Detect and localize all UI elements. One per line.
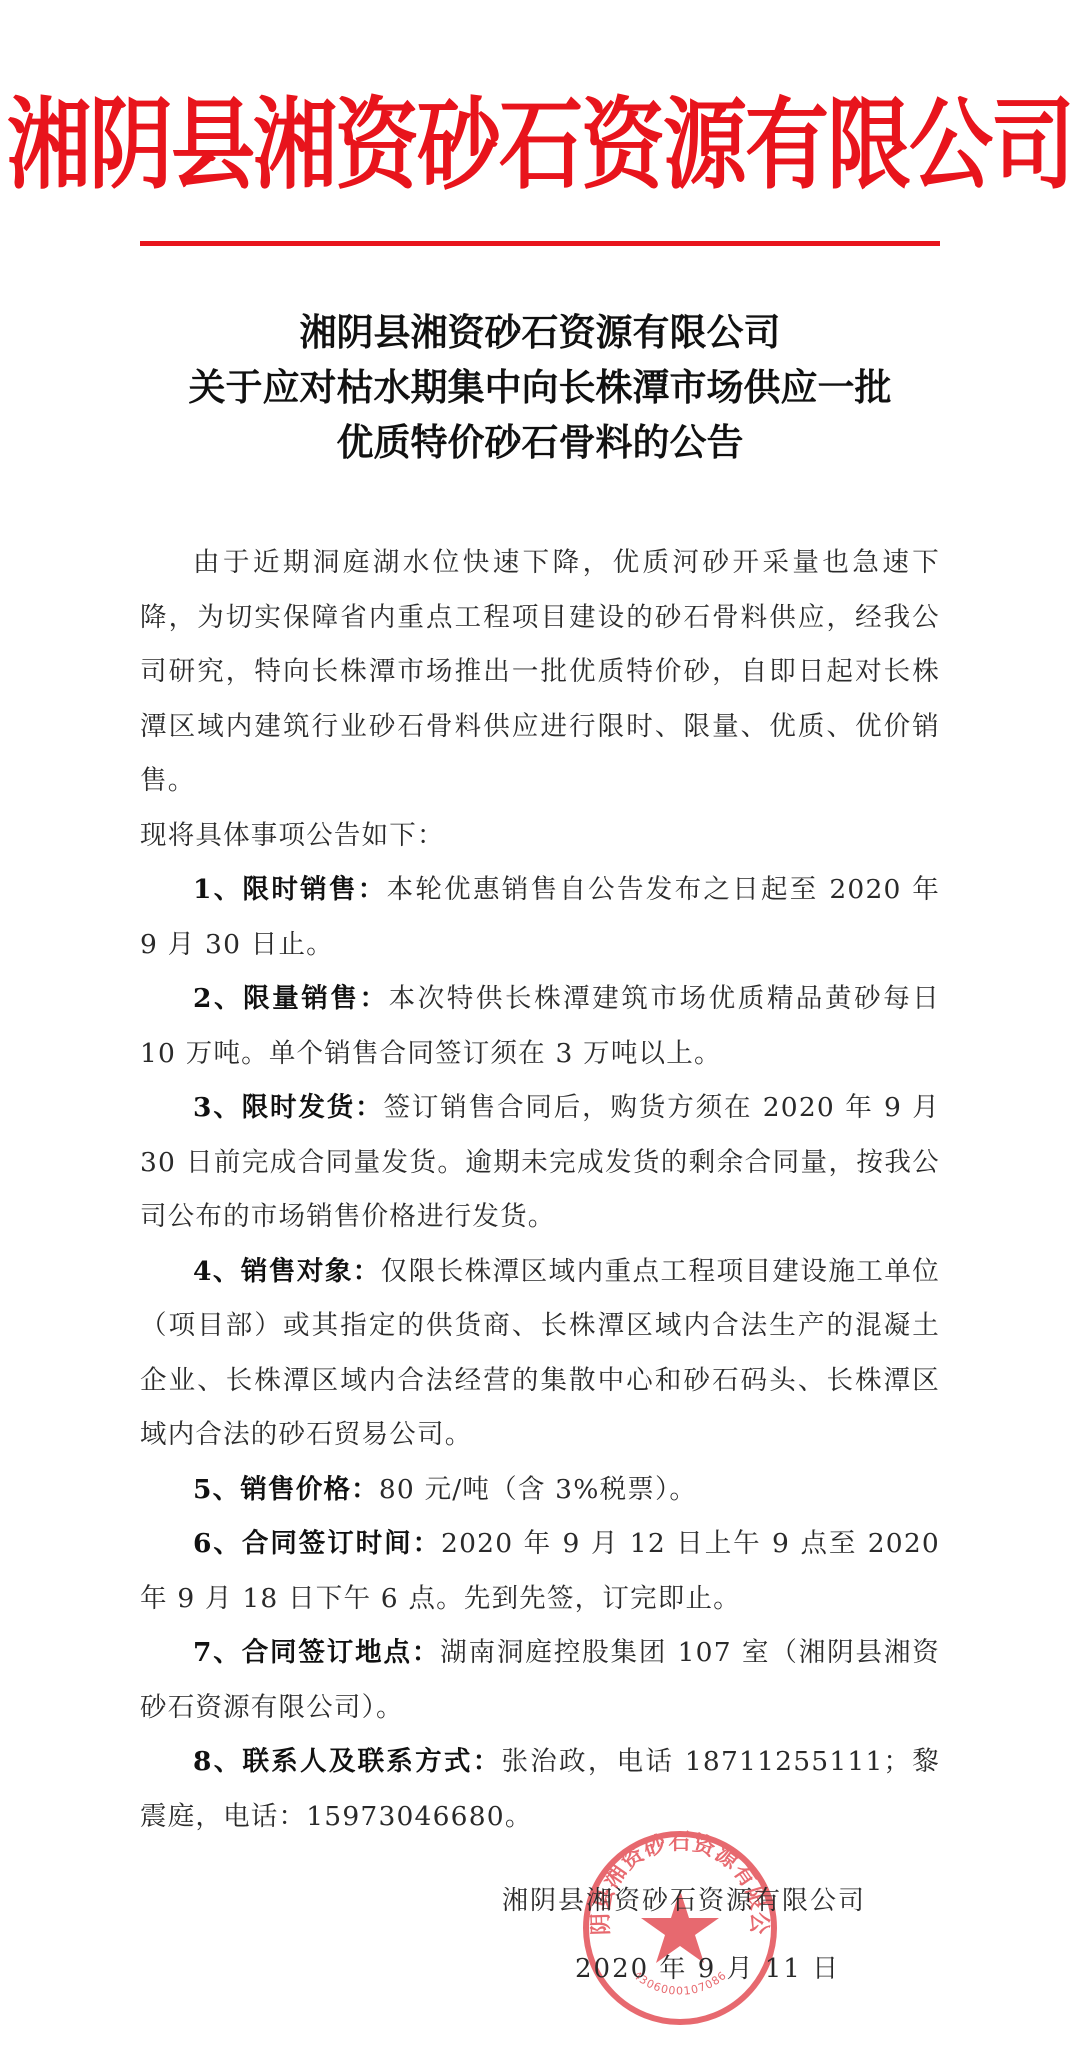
signature-organization: 湘阴县湘资砂石资源有限公司 [502, 1880, 866, 1917]
item-4: 4、销售对象：仅限长株潭区域内重点工程项目建设施工单位（项目部）或其指定的供货商… [140, 1245, 940, 1463]
item-number: 3、 [193, 1092, 242, 1123]
item-number: 2、 [193, 983, 243, 1014]
title-line-1: 湘阴县湘资砂石资源有限公司 [0, 305, 1080, 360]
item-8: 8、联系人及联系方式：张治政，电话 18711255111；黎震庭，电话：159… [140, 1735, 940, 1844]
intro-lead-out: 现将具体事项公告如下： [140, 809, 940, 864]
title-line-3: 优质特价砂石骨料的公告 [0, 415, 1080, 470]
intro-paragraph: 由于近期洞庭湖水位快速下降，优质河砂开采量也急速下降，为切实保障省内重点工程项目… [140, 536, 940, 809]
item-6: 6、合同签订时间：2020 年 9 月 12 日上午 9 点至 2020 年 9… [140, 1517, 940, 1626]
item-label: 合同签订时间： [242, 1528, 441, 1559]
item-number: 7、 [193, 1637, 242, 1668]
item-label: 销售价格： [240, 1474, 379, 1505]
item-3: 3、限时发货：签订销售合同后，购货方须在 2020 年 9 月 30 日前完成合… [140, 1081, 940, 1245]
company-seal-icon: 湘阴县湘资砂石资源有限公司 4306000107086 [580, 1828, 780, 2028]
item-5: 5、销售价格：80 元/吨（含 3%税票）。 [140, 1463, 940, 1518]
item-label: 联系人及联系方式： [243, 1746, 502, 1777]
document-body: 由于近期洞庭湖水位快速下降，优质河砂开采量也急速下降，为切实保障省内重点工程项目… [140, 536, 940, 1844]
intro-text: 由于近期洞庭湖水位快速下降，优质河砂开采量也急速下降，为切实保障省内重点工程项目… [140, 547, 940, 796]
item-number: 8、 [193, 1746, 243, 1777]
item-1: 1、限时销售：本轮优惠销售自公告发布之日起至 2020 年 9 月 30 日止。 [140, 863, 940, 972]
item-number: 1、 [193, 874, 243, 905]
letterhead-divider [140, 241, 940, 246]
item-number: 4、 [193, 1256, 241, 1287]
item-7: 7、合同签订地点：湖南洞庭控股集团 107 室（湘阴县湘资砂石资源有限公司）。 [140, 1626, 940, 1735]
item-label: 限量销售： [243, 983, 388, 1014]
item-label: 合同签订地点： [242, 1637, 441, 1668]
announcement-document: 湘阴县湘资砂石资源有限公司 湘阴县湘资砂石资源有限公司 关于应对枯水期集中向长株… [0, 0, 1080, 2067]
signature-date: 2020 年 9 月 11 日 [575, 1948, 840, 1985]
letterhead-company-name: 湘阴县湘资砂石资源有限公司 [0, 95, 1080, 194]
item-2: 2、限量销售：本次特供长株潭建筑市场优质精品黄砂每日 10 万吨。单个销售合同签… [140, 972, 940, 1081]
item-number: 6、 [193, 1528, 242, 1559]
item-label: 销售对象： [241, 1256, 381, 1287]
document-title: 湘阴县湘资砂石资源有限公司 关于应对枯水期集中向长株潭市场供应一批 优质特价砂石… [0, 305, 1080, 470]
item-label: 限时销售： [243, 874, 387, 905]
item-text: 80 元/吨（含 3%税票）。 [379, 1474, 697, 1505]
title-line-2: 关于应对枯水期集中向长株潭市场供应一批 [0, 360, 1080, 415]
item-label: 限时发货： [242, 1092, 384, 1123]
item-number: 5、 [193, 1474, 240, 1505]
